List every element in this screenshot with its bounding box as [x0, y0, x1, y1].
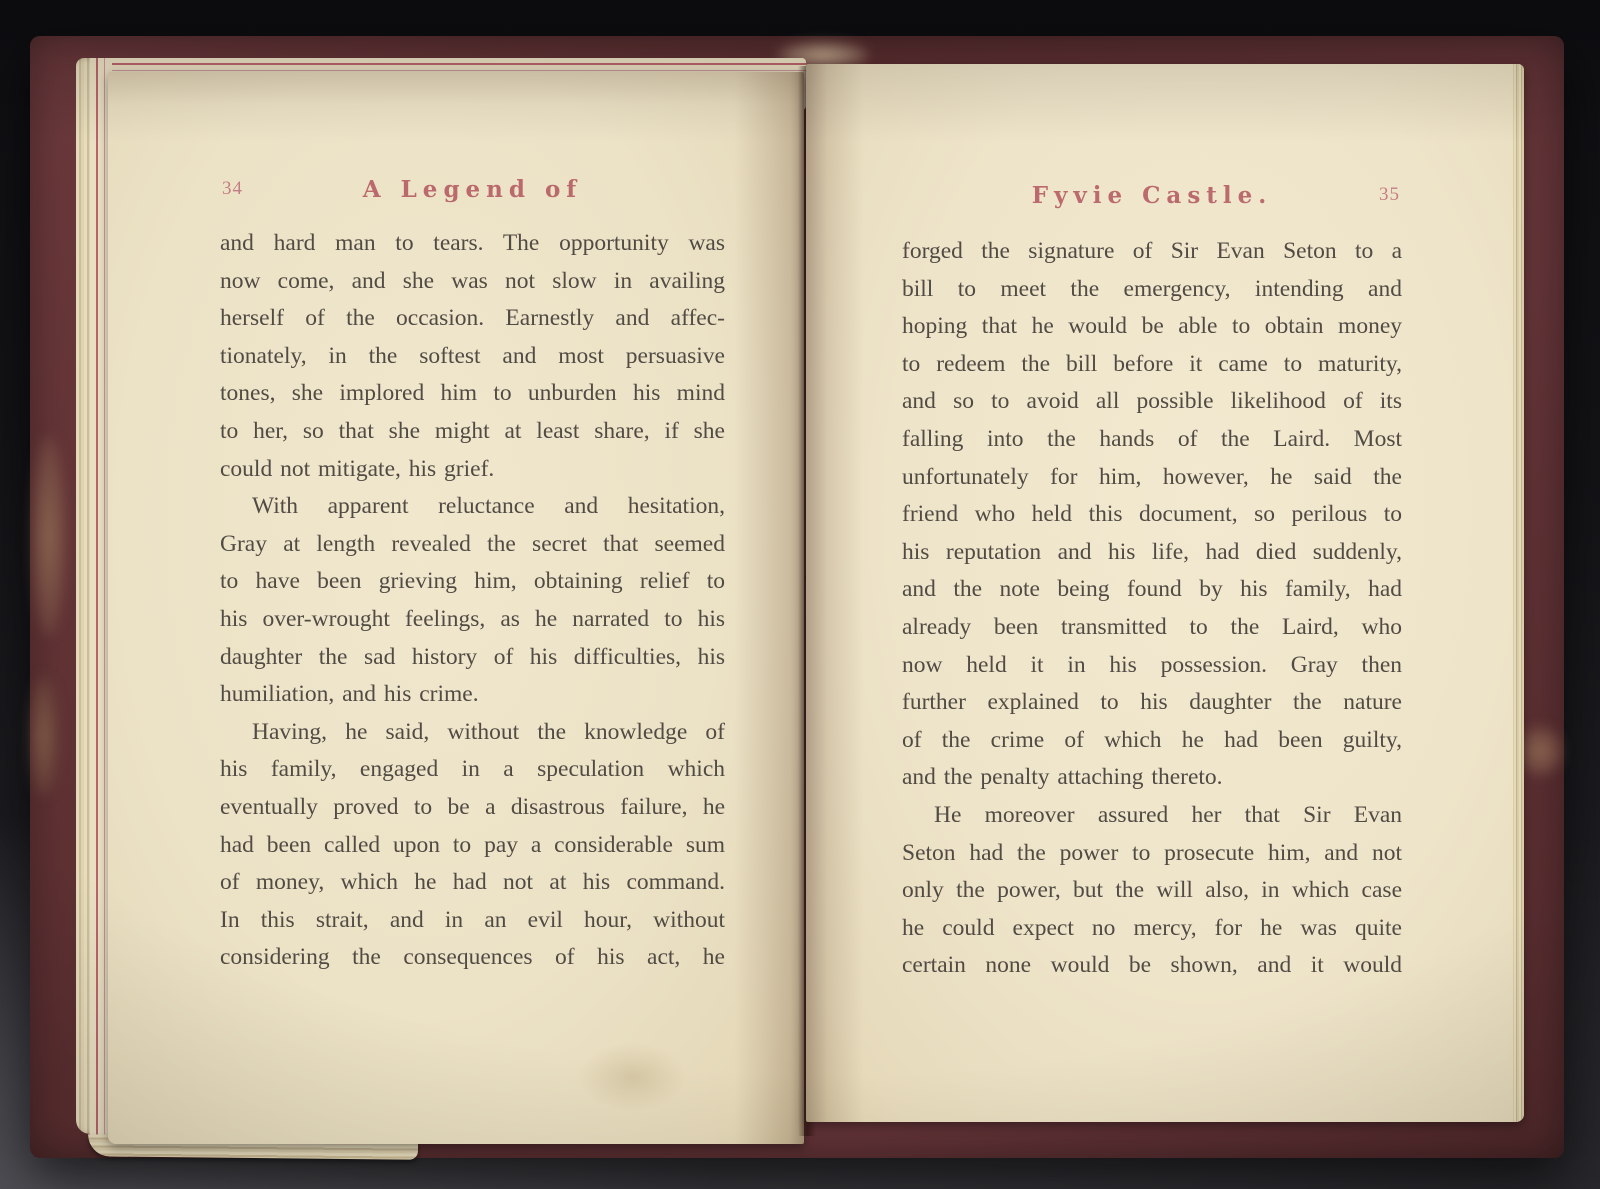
page-number-35: 35 [1379, 184, 1400, 206]
text-line: bill to meet the emergency, intending an… [902, 276, 1402, 314]
text-line: now come, and she was not slow in availi… [220, 268, 725, 306]
text-line: further explained to his daughter the na… [902, 689, 1402, 727]
book-cover: 34 A Legend of and hard man to tears. Th… [30, 36, 1564, 1158]
text-line: herself of the occasion. Earnestly and a… [220, 305, 725, 343]
text-line: he could expect no mercy, for he was qui… [902, 915, 1402, 953]
left-text-block: 34 A Legend of and hard man to tears. Th… [220, 176, 725, 210]
cover-wear-patch [30, 676, 58, 796]
text-line: of the crime of which he had been guilty… [902, 727, 1402, 765]
left-body-text: and hard man to tears. The opportunity w… [220, 230, 725, 982]
running-head-right: Fyvie Castle. [902, 182, 1402, 209]
text-line: friend who held this document, so perilo… [902, 501, 1402, 539]
paper-stain [578, 1042, 688, 1112]
text-line: Having, he said, without the knowledge o… [220, 719, 725, 757]
text-line: tones, she implored him to unburden his … [220, 380, 725, 418]
text-line: his over-wrought feelings, as he narrate… [220, 606, 725, 644]
text-line: could not mitigate, his grief. [220, 456, 725, 494]
text-line: certain none would be shown, and it woul… [902, 952, 1402, 990]
text-line: only the power, but the will also, in wh… [902, 877, 1402, 915]
text-line: already been transmitted to the Laird, w… [902, 614, 1402, 652]
text-line: With apparent reluctance and hesitation, [220, 493, 725, 531]
text-line: had been called upon to pay a considerab… [220, 832, 725, 870]
text-line: considering the consequences of his act,… [220, 944, 725, 982]
left-page: 34 A Legend of and hard man to tears. Th… [108, 72, 804, 1144]
text-line: his reputation and his life, had died su… [902, 539, 1402, 577]
page-edges-right-stack [1513, 64, 1524, 1122]
text-line: of money, which he had not at his comman… [220, 869, 725, 907]
text-line: and hard man to tears. The opportunity w… [220, 230, 725, 268]
text-line: to have been grieving him, obtaining rel… [220, 568, 725, 606]
text-line: to her, so that she might at least share… [220, 418, 725, 456]
text-line: falling into the hands of the Laird. Mos… [902, 426, 1402, 464]
text-line: In this strait, and in an evil hour, wit… [220, 907, 725, 945]
right-running-header-row: Fyvie Castle. 35 [902, 182, 1402, 216]
text-line: daughter the sad history of his difficul… [220, 644, 725, 682]
text-line: unfortunately for him, however, he said … [902, 464, 1402, 502]
text-line: tionately, in the softest and most persu… [220, 343, 725, 381]
right-body-text: forged the signature of Sir Evan Seton t… [902, 238, 1402, 990]
text-line: to redeem the bill before it came to mat… [902, 351, 1402, 389]
text-line: He moreover assured her that Sir Evan [902, 802, 1402, 840]
text-line: and the note being found by his family, … [902, 576, 1402, 614]
running-head-left: A Legend of [220, 176, 725, 203]
text-line: and so to avoid all possible likelihood … [902, 388, 1402, 426]
text-line: Seton had the power to prosecute him, an… [902, 840, 1402, 878]
left-running-header-row: 34 A Legend of [220, 176, 725, 210]
photograph-of-open-book: 34 A Legend of and hard man to tears. Th… [0, 0, 1600, 1189]
text-line: Gray at length revealed the secret that … [220, 531, 725, 569]
text-line: now held it in his possession. Gray then [902, 652, 1402, 690]
right-page: Fyvie Castle. 35 forged the signature of… [806, 64, 1524, 1122]
right-text-block: Fyvie Castle. 35 forged the signature of… [902, 182, 1402, 216]
cover-wear-patch [1518, 726, 1562, 776]
text-line: humiliation, and his crime. [220, 681, 725, 719]
text-line: eventually proved to be a disastrous fai… [220, 794, 725, 832]
cover-wear-patch [32, 436, 66, 636]
text-line: forged the signature of Sir Evan Seton t… [902, 238, 1402, 276]
text-line: and the penalty attaching thereto. [902, 764, 1402, 802]
text-line: hoping that he would be able to obtain m… [902, 313, 1402, 351]
text-line: his family, engaged in a speculation whi… [220, 756, 725, 794]
